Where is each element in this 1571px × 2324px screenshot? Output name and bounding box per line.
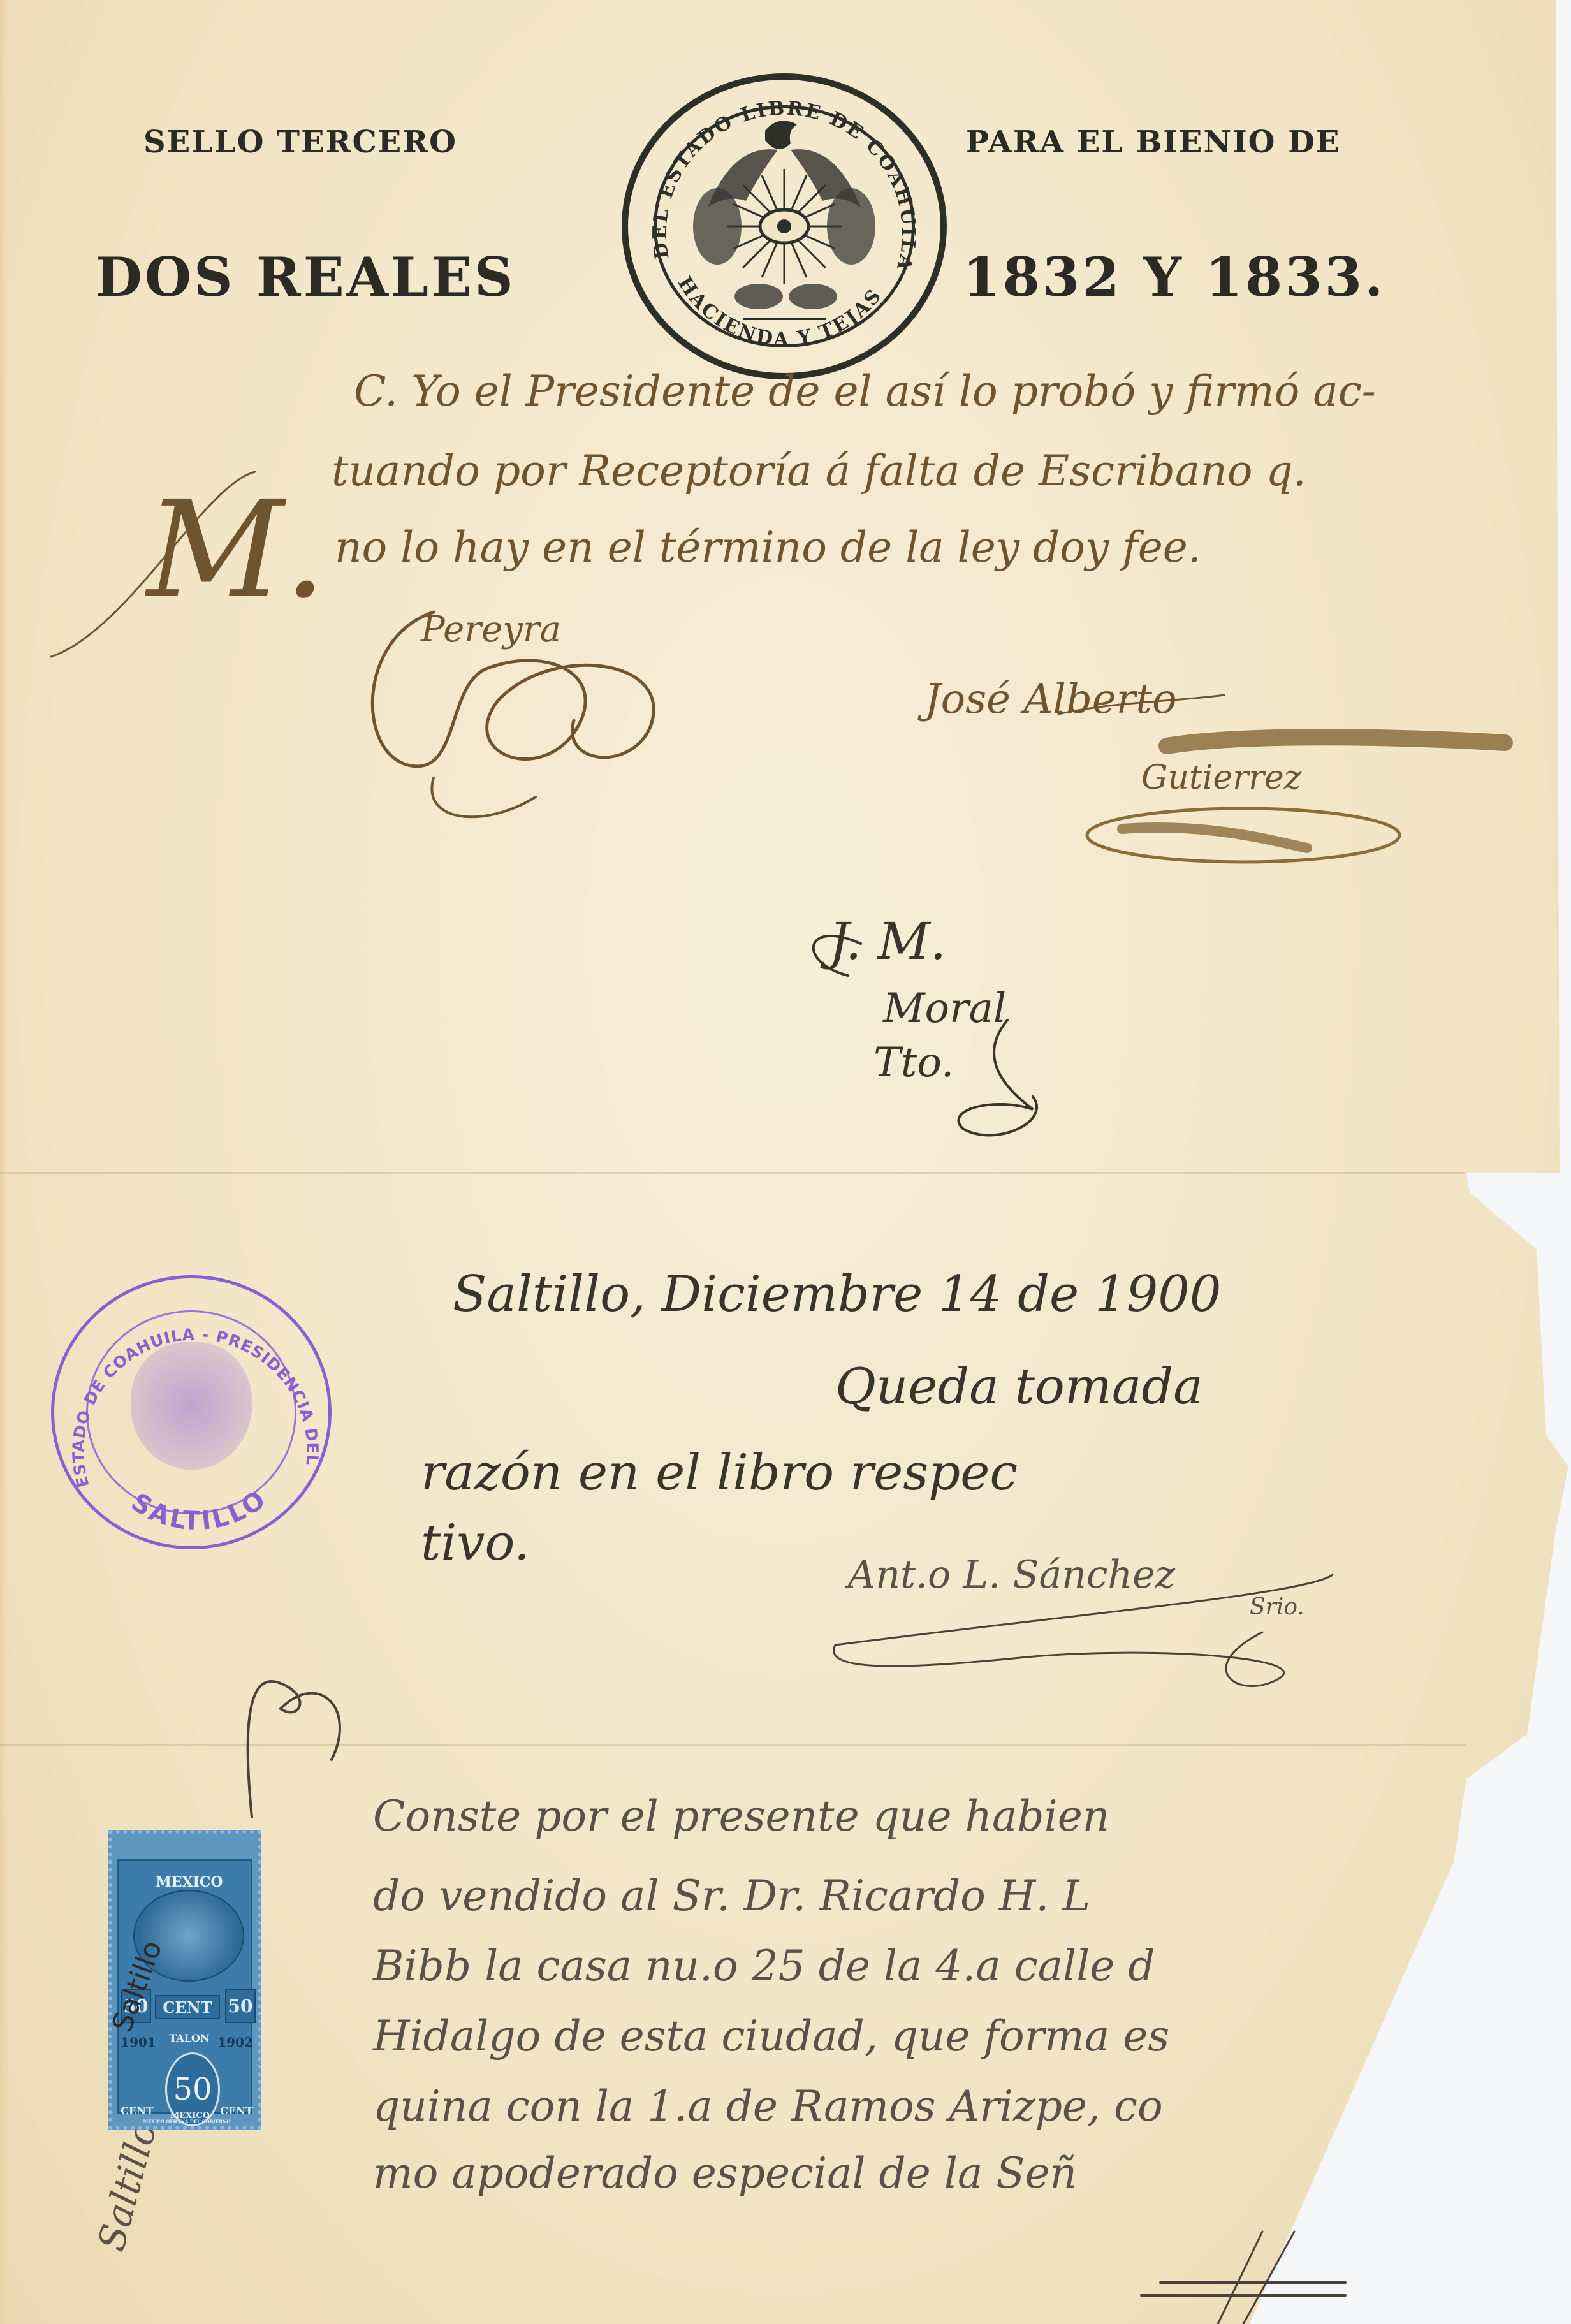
revenue-stamp-imprint: MEXICO OFICINA DEL GOBIERNO	[119, 2119, 254, 2124]
conste-line-2: do vendido al Sr. Dr. Ricardo H. L	[373, 1871, 1090, 1920]
revenue-stamp: MEXICO 50 CENT 50 1901 TALON 1902 50 CEN…	[108, 1830, 261, 2130]
fold-line	[0, 1744, 1466, 1746]
entry-1832-line-2: tuando por Receptoría á falta de Escriba…	[332, 446, 1306, 495]
signature-sanchez: Ant.o L. Sánchez	[848, 1553, 1175, 1597]
svg-text:SALTILLO: SALTILLO	[126, 1484, 273, 1536]
entry-1900-line-2: razón en el libro respec	[421, 1444, 1018, 1502]
conste-line-5: quina con la 1.a de Ramos Arizpe, co	[373, 2082, 1163, 2131]
conste-line-4: Hidalgo de esta ciudad, que forma es	[373, 2012, 1169, 2061]
header-years: 1832 Y 1833.	[963, 245, 1385, 309]
conste-line-6: mo apoderado especial de la Señ	[373, 2149, 1077, 2198]
signature-sanchez-title: Srio.	[1250, 1594, 1304, 1620]
signature-pereyra: Pereyra	[421, 609, 561, 650]
entry-1900-date: Saltillo, Diciembre 14 de 1900	[453, 1266, 1221, 1323]
conste-line-3: Bibb la casa nu.o 25 de la 4.a calle d	[373, 1941, 1155, 1991]
fold-line	[0, 1172, 1466, 1174]
revenue-stamp-year-right: 1902	[216, 2035, 254, 2050]
entry-1832-line-1: C. Yo el Presidente de el así lo probó y…	[354, 367, 1376, 416]
header-dos-reales: DOS REALES	[96, 245, 516, 309]
stamp-ring-text: ESTADO DE COAHUILA - PRESIDENCIA DEL AYU…	[51, 1275, 332, 1549]
hacienda-seal: DEL ESTADO LIBRE DE COAHUILA HACIENDA Y …	[622, 73, 947, 379]
revenue-stamp-unit-left: CENT	[119, 2105, 155, 2117]
header-para-el-bienio: PARA EL BIENIO DE	[966, 124, 1340, 160]
signature-gutierrez: Gutierrez	[1141, 759, 1301, 797]
entry-1900-line-1: Queda tomada	[835, 1358, 1203, 1415]
revenue-stamp-value-right: 50	[225, 1989, 256, 2023]
paper-left-edge	[0, 0, 8, 2324]
entry-1832-line-3: no lo hay en el término de la ley doy fe…	[335, 523, 1201, 572]
revenue-stamp-year-left: 1901	[119, 2035, 157, 2050]
witness-surname: Moral	[883, 985, 1006, 1032]
ayuntamiento-stamp: ESTADO DE COAHUILA - PRESIDENCIA DEL AYU…	[51, 1275, 332, 1549]
revenue-stamp-talon: TALON	[167, 2032, 212, 2044]
header-sello-tercero: SELLO TERCERO	[143, 124, 457, 160]
revenue-stamp-unit-right: CENT	[219, 2105, 254, 2117]
witness-initials: J. M.	[829, 912, 946, 971]
svg-text:ESTADO DE COAHUILA - PRESIDENC: ESTADO DE COAHUILA - PRESIDENCIA DEL AYU…	[51, 1275, 322, 1489]
seal-emblem-icon: DEL ESTADO LIBRE DE COAHUILA HACIENDA Y …	[628, 80, 940, 373]
conste-line-1: Conste por el presente que habien	[373, 1792, 1109, 1841]
witness-role: Tto.	[873, 1039, 954, 1086]
revenue-stamp-unit: CENT	[155, 1995, 220, 2019]
entry-1900-line-3: tivo.	[421, 1514, 530, 1572]
revenue-stamp-country: MEXICO	[145, 1874, 234, 1890]
svg-text:HACIENDA Y TEJAS: HACIENDA Y TEJAS	[673, 273, 887, 351]
margin-rubric: M.	[147, 472, 326, 628]
signature-jose-alberto: José Alberto	[924, 676, 1177, 723]
